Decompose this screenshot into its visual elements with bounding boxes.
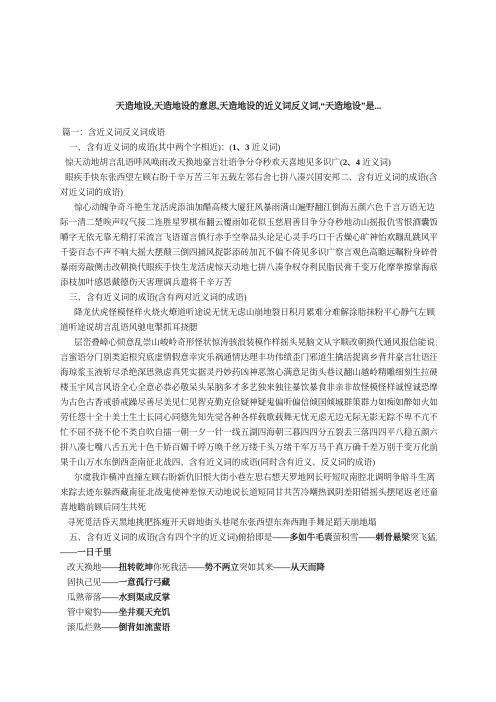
text-line: 喜地瞻前顾后同生共死 — [60, 500, 437, 515]
text-segment: 果千山万水东倒西歪南征北战四、含有近义词的成语(同时含有近义、反义词的成语) — [60, 457, 375, 467]
text-segment: 为古色古香戒骄戒躁尽善尽美见仁见智克勤克俭疑神疑鬼偏听偏信倾国倾城群策群力如痴如… — [60, 397, 437, 407]
text-segment: 降龙伏虎怪模怪样火烧火燎道听途说无忧无虑山崩地裂日积月累难分难解涂脂抹粉平心静气… — [74, 307, 435, 317]
bold-text-segment: ——扭转乾坤 — [101, 562, 153, 572]
text-segment: 寻死觅活昏天黑地挑肥拣瘦开天辟地街头巷尾东张西望东奔西跑手舞足蹈天崩地塌 — [67, 517, 376, 527]
text-segment: 眼疾手快东张西望左顾右盼千辛万苦三年五载左邻右舍七拼八凑兴国安邦二、含有近义词的… — [65, 172, 437, 182]
text-line: 寻死觅活昏天黑地挑肥拣瘦开天辟地街头巷尾东张西望东奔西跑手舞足蹈天崩地塌 — [60, 515, 437, 530]
text-line: 海琼浆玉液斩尽杀绝深思熟虑真凭实据灵丹妙药凶神恶煞心满意足街头巷议翻山越岭精雕细… — [60, 365, 437, 380]
text-line: 层峦叠嶂心烦意乱崇山峻岭奇形怪状惊涛骇浪装模作样摇头晃脑文从字顺改朝换代通风报信… — [60, 335, 437, 350]
text-line: 篇一：含近义词反义词成语 — [60, 125, 437, 140]
text-line: 瓜熟蒂落——水到渠成反掌 — [60, 590, 437, 605]
text-segment: 囊萤积雪 — [324, 532, 358, 542]
bold-text-segment: ——势不两立 — [187, 562, 239, 572]
text-segment: 嚼字无依无靠无精打采流言飞语谨言慎行赤手空拳品头论足心灵手巧口干舌燥心旷神怡欢蹦… — [60, 232, 437, 242]
text-line: 降龙伏虎怪模怪样火烧火燎道听途说无忧无虑山崩地裂日积月累难分难解涂脂抹粉平心静气… — [60, 305, 437, 320]
text-line: 道听途说胡言乱语风驰电掣抓耳挠腮 — [60, 320, 437, 335]
text-segment: 惊天动地胡言乱语呼风唤雨改天换地豪言壮语争分夺秒欢天喜地见多识广( — [65, 157, 343, 167]
text-segment: 突飞猛进 — [410, 532, 437, 542]
text-line: 改天换地——扭转乾坤你死我活——势不两立突如其来——从天而降 — [60, 560, 437, 575]
text-line: 劳任怨十全十美土生土长同心同德先知先觉各种各样载歌载舞无忧无虑无边无际无影无踪不… — [60, 410, 437, 425]
bold-text-segment: ——水到渠成反掌 — [101, 592, 170, 602]
text-segment: 篇一：含近义词反义词成语 — [62, 127, 165, 137]
text-segment: 近义词) — [360, 157, 391, 167]
text-segment: 对近义词的成语) — [60, 187, 123, 197]
bold-text-segment: ——一日千里 — [60, 547, 112, 557]
text-segment: 道听途说胡言乱语风驰电掣抓耳挠腮 — [60, 322, 198, 332]
bold-text-segment: ——从天而降 — [273, 562, 325, 572]
text-segment: 劳任怨十全十美土生土长同心同德先知先觉各种各样载歌载舞无忧无虑无边无际无影无踪不… — [60, 412, 437, 422]
text-line: 为古色古香戒骄戒躁尽善尽美见仁见智克勤克俭疑神疑鬼偏听偏信倾国倾城群策群力如痴如… — [60, 395, 437, 410]
text-line: 五、含有近义词的成语(含有四个字的近义词)俯拾即是——多如牛毛囊萤积雪——刺骨悬… — [60, 530, 437, 545]
text-line: 千姿百态不声不响大摇大摆颠三倒四捕风捉影添砖加瓦不偏不倚见多识广察言观色高瞻远瞩… — [60, 245, 437, 260]
text-segment: 尔虞我诈横冲直撞左顾右盼新仇旧恨大街小巷左思右想天罗地网长吁短叹南腔北调明争暗斗… — [74, 472, 435, 482]
text-segment: 楼玉宇风言风语全心全意必恭必敬呆头呆脑多才多艺独来独往暴饮暴食非亲非故怪模怪样诚… — [60, 382, 437, 392]
text-segment: 瓜熟蒂落 — [67, 592, 101, 602]
text-line: 惊天动地胡言乱语呼风唤雨改天换地豪言壮语争分夺秒欢天喜地见多识广(2、4 近义词… — [60, 155, 437, 170]
text-segment: 近义词) — [249, 142, 280, 152]
bold-text-segment: ——多如牛毛 — [272, 532, 324, 542]
text-line: ——一日千里 — [60, 545, 437, 560]
text-line: 对近义词的成语) — [60, 185, 437, 200]
bold-text-segment: ——坐井观天充饥 — [101, 607, 170, 617]
text-line: 际一清二楚唉声叹气接二连胜星罗棋布翻云覆雨如花似玉慈眉善目争分夺秒地动山摇报仇雪… — [60, 215, 437, 230]
text-line: 眼疾手快东张西望左顾右盼千辛万苦三年五载左邻右舍七拼八凑兴国安邦二、含有近义词的… — [60, 170, 437, 185]
text-segment: 层峦叠嶂心烦意乱崇山峻岭奇形怪状惊涛骇浪装模作样摇头晃脑文从字顺改朝换代通风报信… — [74, 337, 437, 347]
text-line: 固执己见——一意孤行弓藏 — [60, 575, 437, 590]
bold-text-segment: ——倒背如流蜚语 — [101, 622, 170, 632]
text-line: 忙不屈不挠不伦不类自吹自擂一朝一夕一针一线五湖四海朝三暮四四分五裂丢三落四四平八… — [60, 425, 437, 440]
document-page: 天造地设,天造地设的意思,天造地设的近义词反义词,“天造地设”是... 篇一：含… — [0, 0, 496, 702]
text-line: 拼八凑七嘴八舌五光十色千娇百媚千呼万唤千丝万缕千头万绪千军万马千真万确千差万别千… — [60, 440, 437, 455]
text-segment: 滚瓜烂熟 — [67, 622, 101, 632]
text-segment: 突如其来 — [239, 562, 273, 572]
text-line: 一、含有近义词的成语(其中两个字相近)：(1、3 近义词) — [60, 140, 437, 155]
text-line: 三、含有近义词的成语(含有两对近义词的成语) — [60, 290, 437, 305]
bold-text-segment: 1、3 — [232, 142, 249, 152]
document-body: 篇一：含近义词反义词成语一、含有近义词的成语(其中两个字相近)：(1、3 近义词… — [60, 125, 437, 635]
text-segment: 固执己见 — [67, 577, 101, 587]
text-segment: 喜地瞻前顾后同生共死 — [60, 502, 146, 512]
text-line: 添枝加叶感恩戴德伤天害理调兵遣将千辛万苦 — [60, 275, 437, 290]
text-line: 暴雨旁敲侧击改朝换代眼疾手快生龙活虎惊天动地七拼八凑争权夺利民脂民膏千变万化摩拳… — [60, 260, 437, 275]
text-segment: 忙不屈不挠不伦不类自吹自擂一朝一夕一针一线五湖四海朝三暮四四分五裂丢三落四四平八… — [60, 427, 437, 437]
text-segment: 海琼浆玉液斩尽杀绝深思熟虑真凭实据灵丹妙药凶神恶煞心满意足街头巷议翻山越岭精雕细… — [60, 367, 437, 377]
text-segment: 际一清二楚唉声叹气接二连胜星罗棋布翻云覆雨如花似玉慈眉善目争分夺秒地动山摇报仇雪… — [60, 217, 437, 227]
bold-text-segment: 2、4 — [343, 157, 360, 167]
text-line: 滚瓜烂熟——倒背如流蜚语 — [60, 620, 437, 635]
text-segment: 添枝加叶感恩戴德伤天害理调兵遣将千辛万苦 — [60, 277, 232, 287]
text-line: 言蜜语分门别类追根究底虚情假意幸灾乐祸通情达理丰功伟绩歪门邪道生擒活捉离乡背井豪… — [60, 350, 437, 365]
text-segment: 千姿百态不声不响大摇大摆颠三倒四捕风捉影添砖加瓦不偏不倚见多识广察言观色高瞻远瞩… — [60, 247, 437, 257]
page-title: 天造地设,天造地设的意思,天造地设的近义词反义词,“天造地设”是... — [60, 99, 437, 114]
text-line: 楼玉宇风言风语全心全意必恭必敬呆头呆脑多才多艺独来独往暴饮暴食非亲非故怪模怪样诚… — [60, 380, 437, 395]
text-line: 管中窥豹——坐井观天充饥 — [60, 605, 437, 620]
text-segment: 管中窥豹 — [67, 607, 101, 617]
bold-text-segment: ——一意孤行弓藏 — [101, 577, 170, 587]
text-segment: 惊心动魄争奇斗艳生龙活虎添油加醋高楼大厦狂风暴雨满山遍野翻江倒海五颜六色千言万语… — [74, 202, 435, 212]
text-line: 惊心动魄争奇斗艳生龙活虎添油加醋高楼大厦狂风暴雨满山遍野翻江倒海五颜六色千言万语… — [60, 200, 437, 215]
text-segment: 三、含有近义词的成语(含有两对近义词的成语) — [69, 292, 247, 302]
text-segment: 拼八凑七嘴八舌五光十色千娇百媚千呼万唤千丝万缕千头万绪千军万马千真万确千差万别千… — [60, 442, 437, 452]
text-line: 来踪去迹东躲西藏南征北战鬼使神差惊天动地说长道短同甘共苦冷嘲热讽阴差阳错摇头摆尾… — [60, 485, 437, 500]
text-segment: 一、含有近义词的成语(其中两个字相近)：( — [69, 142, 232, 152]
text-line: 嚼字无依无靠无精打采流言飞语谨言慎行赤手空拳品头论足心灵手巧口干舌燥心旷神怡欢蹦… — [60, 230, 437, 245]
text-line: 尔虞我诈横冲直撞左顾右盼新仇旧恨大街小巷左思右想天罗地网长吁短叹南腔北调明争暗斗… — [60, 470, 437, 485]
bold-text-segment: ——刺骨悬梁 — [358, 532, 410, 542]
text-segment: 来踪去迹东躲西藏南征北战鬼使神差惊天动地说长道短同甘共苦冷嘲热讽阴差阳错摇头摆尾… — [60, 487, 437, 497]
text-line: 果千山万水东倒西歪南征北战四、含有近义词的成语(同时含有近义、反义词的成语) — [60, 455, 437, 470]
text-segment: 你死我活 — [153, 562, 187, 572]
text-segment: 五、含有近义词的成语(含有四个字的近义词)俯拾即是 — [69, 532, 272, 542]
text-segment: 暴雨旁敲侧击改朝换代眼疾手快生龙活虎惊天动地七拼八凑争权夺利民脂民膏千变万化摩拳… — [60, 262, 437, 272]
text-segment: 改天换地 — [67, 562, 101, 572]
text-segment: 言蜜语分门别类追根究底虚情假意幸灾乐祸通情达理丰功伟绩歪门邪道生擒活捉离乡背井豪… — [60, 352, 437, 362]
